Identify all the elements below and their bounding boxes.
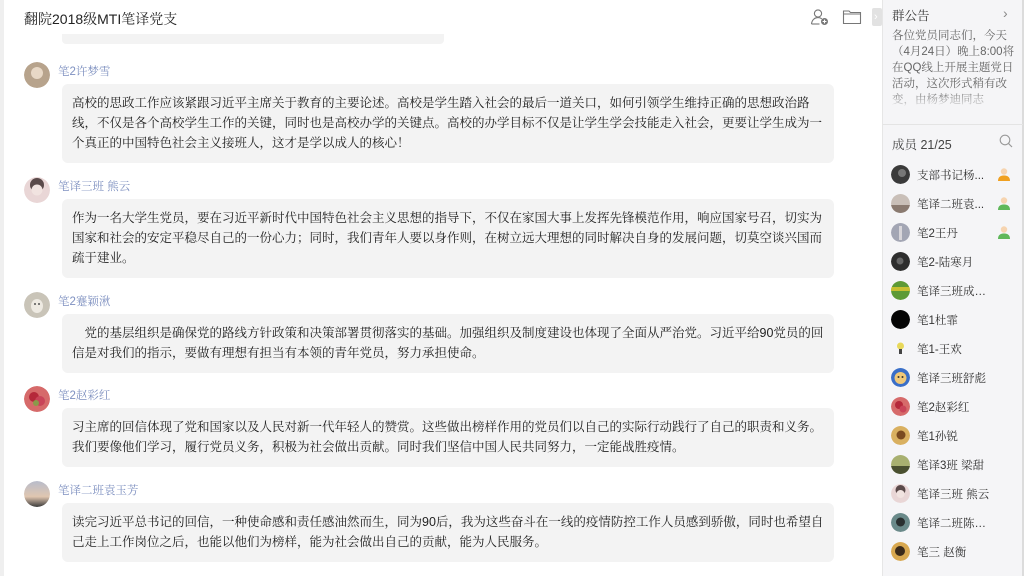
divider [883, 124, 1023, 125]
chat-header: 翻院2018级MTI笔译党支 [4, 0, 872, 36]
member-item[interactable]: 笔1-王欢 [883, 336, 1023, 362]
previous-message-bubble [62, 34, 444, 44]
member-name: 笔1杜霏 [917, 312, 958, 328]
sender-avatar[interactable] [24, 62, 50, 88]
sender-avatar[interactable] [24, 292, 50, 318]
member-avatar [891, 281, 910, 300]
member-avatar [891, 513, 910, 532]
member-item[interactable]: 笔2-陆寒月 [883, 249, 1023, 275]
chat-window: 翻院2018级MTI笔译党支 笔2许梦雪 高校的思政工作应该紧跟习近平主席关 [0, 0, 872, 576]
member-avatar [891, 194, 910, 213]
notice-fade [892, 90, 1020, 110]
chevron-right-icon[interactable]: › [1003, 5, 1008, 21]
member-name: 笔译二班陈亚希 [917, 515, 993, 531]
member-name: 笔2赵彩红 [917, 399, 969, 415]
collapse-panel-button[interactable]: › [872, 8, 882, 26]
member-name: 笔2王丹 [917, 225, 958, 241]
group-title: 翻院2018级MTI笔译党支 [24, 9, 177, 29]
chevron-right-icon: › [874, 10, 878, 24]
message-bubble: 习主席的回信体现了党和国家以及人民对新一代年轻人的赞赏。这些做出榜样作用的党员们… [62, 408, 834, 467]
member-item[interactable]: 笔译三班成丽华 [883, 278, 1023, 304]
member-avatar [891, 368, 910, 387]
members-count: 成员 21/25 [892, 135, 952, 153]
member-item[interactable]: 支部书记杨... [883, 162, 1023, 188]
member-name: 笔译三班 熊云 [917, 486, 989, 502]
member-name: 笔译三班舒彪 [917, 370, 986, 386]
sender-avatar[interactable] [24, 177, 50, 203]
sender-name[interactable]: 笔2蹇颖湫 [58, 293, 110, 309]
member-item[interactable]: 笔译二班袁... [883, 191, 1023, 217]
member-item[interactable]: 笔三 赵衡 [883, 539, 1023, 565]
member-name: 笔2-陆寒月 [917, 254, 973, 270]
invite-member-icon[interactable] [810, 8, 830, 26]
member-name: 笔三 赵衡 [917, 544, 966, 560]
member-name: 笔译3班 梁甜 [917, 457, 984, 473]
member-name: 笔1-王欢 [917, 341, 962, 357]
member-avatar [891, 484, 910, 503]
member-avatar [891, 223, 910, 242]
member-avatar [891, 426, 910, 445]
sender-avatar[interactable] [24, 481, 50, 507]
message-bubble: 高校的思政工作应该紧跟习近平主席关于教育的主要论述。高校是学生踏入社会的最后一道… [62, 84, 834, 163]
sender-name[interactable]: 笔译二班袁玉芳 [58, 482, 139, 498]
member-item[interactable]: 笔译3班 梁甜 [883, 452, 1023, 478]
member-name: 笔译三班成丽华 [917, 283, 993, 299]
member-avatar [891, 339, 910, 358]
search-icon[interactable] [999, 134, 1013, 148]
sender-name[interactable]: 笔2赵彩红 [58, 387, 110, 403]
message-bubble: 作为一名大学生党员，要在习近平新时代中国特色社会主义思想的指导下，不仅在家国大事… [62, 199, 834, 278]
member-item[interactable]: 笔译二班陈亚希 [883, 510, 1023, 536]
group-admin-icon [997, 225, 1011, 240]
member-avatar [891, 542, 910, 561]
member-item[interactable]: 笔1孙锐 [883, 423, 1023, 449]
member-avatar [891, 455, 910, 474]
sender-avatar[interactable] [24, 386, 50, 412]
member-name: 支部书记杨... [917, 167, 984, 183]
group-admin-icon [997, 196, 1011, 211]
folder-icon[interactable] [842, 8, 862, 26]
member-item[interactable]: 笔2赵彩红 [883, 394, 1023, 420]
member-item[interactable]: 笔译三班舒彪 [883, 365, 1023, 391]
message-bubble: 读完习近平总书记的回信，一种使命感和责任感油然而生，同为90后，我为这些奋斗在一… [62, 503, 834, 562]
member-avatar [891, 252, 910, 271]
sender-name[interactable]: 笔2许梦雪 [58, 63, 110, 79]
group-info-panel: 群公告 › 各位党员同志们，今天（4月24日）晚上8:00将在QQ线上开展主题党… [882, 0, 1024, 576]
member-item[interactable]: 笔译三班 熊云 [883, 481, 1023, 507]
message-bubble: 党的基层组织是确保党的路线方针政策和决策部署贯彻落实的基础。加强组织及制度建设也… [62, 314, 834, 373]
member-name: 笔译二班袁... [917, 196, 984, 212]
member-name: 笔1孙锐 [917, 428, 958, 444]
member-avatar [891, 397, 910, 416]
member-item[interactable]: 笔1杜霏 [883, 307, 1023, 333]
member-avatar [891, 310, 910, 329]
sender-name[interactable]: 笔译三班 熊云 [58, 178, 130, 194]
member-avatar [891, 165, 910, 184]
member-item[interactable]: 笔2王丹 [883, 220, 1023, 246]
group-notice-title[interactable]: 群公告 [892, 6, 930, 24]
group-owner-icon [997, 167, 1011, 182]
